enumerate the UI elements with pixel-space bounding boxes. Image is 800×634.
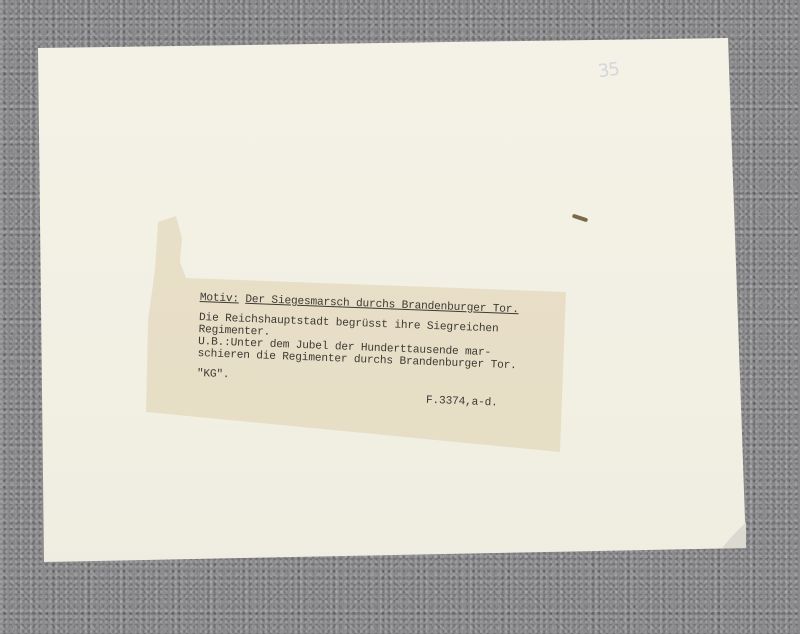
pencil-number: 35 [597, 59, 621, 83]
motiv-label: Motiv: [200, 292, 240, 305]
caption-text: Motiv: Der Siegesmarsch durchs Brandenbu… [196, 292, 580, 413]
